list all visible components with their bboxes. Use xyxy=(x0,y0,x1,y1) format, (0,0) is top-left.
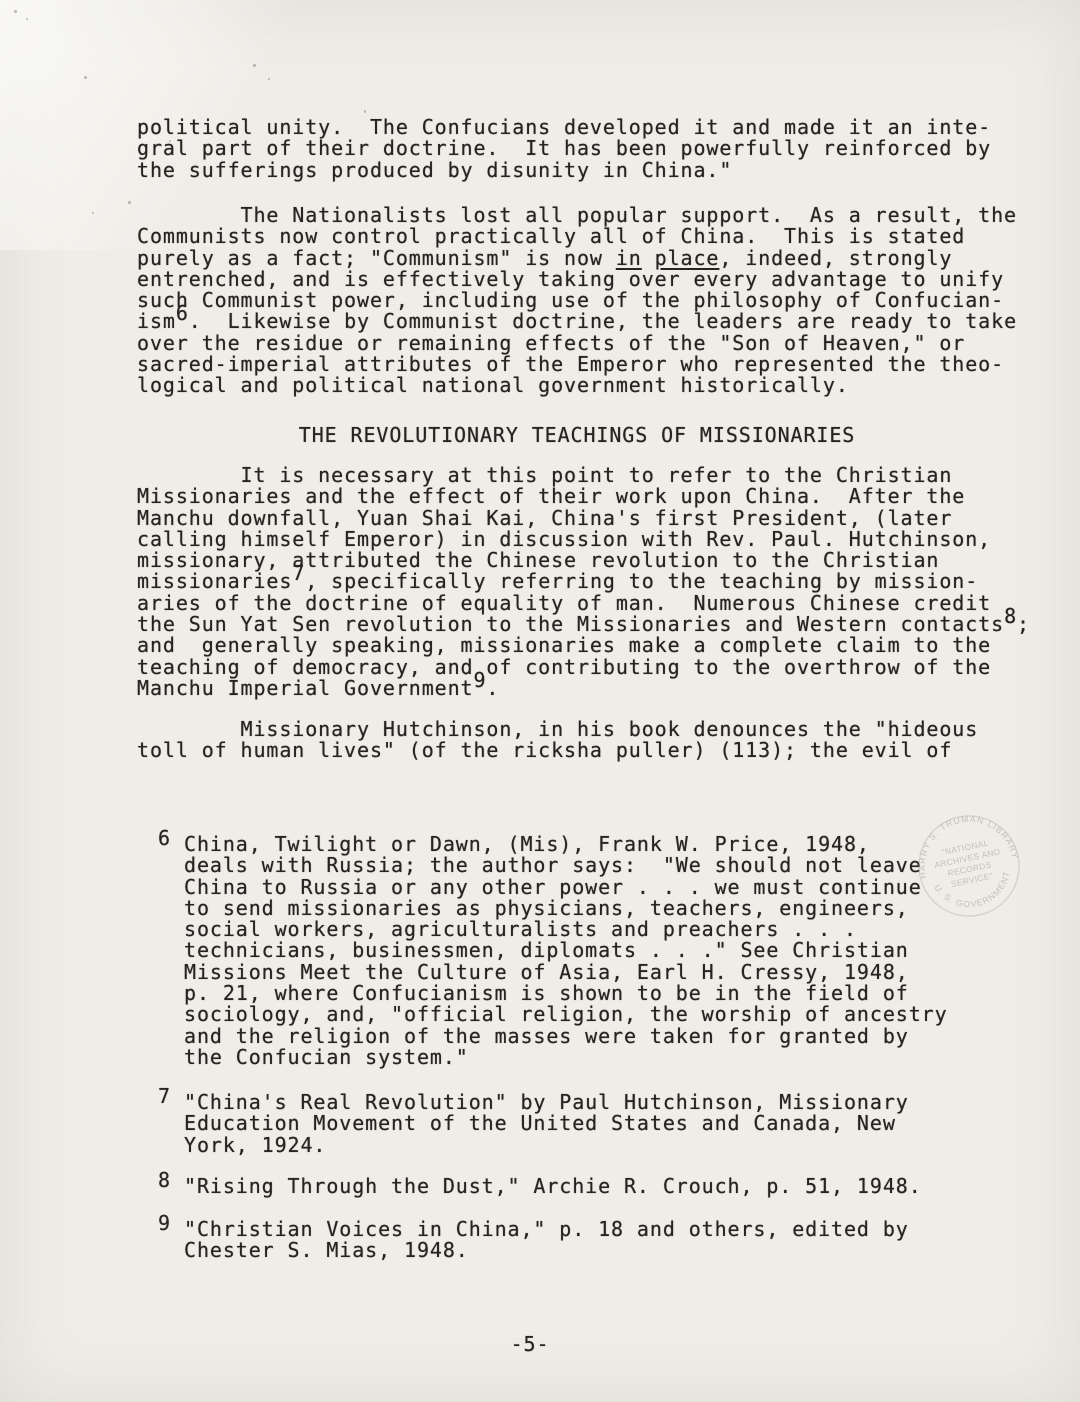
document-page: political unity. The Confucians develope… xyxy=(0,0,1080,1402)
paper-speck xyxy=(14,10,17,13)
footnote-number: 9 xyxy=(158,1213,171,1234)
paper-speck xyxy=(253,64,256,67)
paragraph-1: political unity. The Confucians develope… xyxy=(137,117,991,181)
footnote-7: 7 "China's Real Revolution" by Paul Hutc… xyxy=(137,1092,909,1156)
footnote-number: 7 xyxy=(158,1086,171,1107)
section-heading: THE REVOLUTIONARY TEACHINGS OF MISSIONAR… xyxy=(137,425,1017,446)
paper-speck xyxy=(268,78,270,80)
footnote-text: China, Twilight or Dawn, (Mis), Frank W.… xyxy=(184,834,948,1068)
footnote-text: "Christian Voices in China," p. 18 and o… xyxy=(184,1219,909,1262)
paragraph-4: Missionary Hutchinson, in his book denou… xyxy=(137,719,978,762)
archives-stamp: HARRY S. TRUMAN LIBRARY U. S. GOVERNMENT… xyxy=(899,796,1039,936)
footnote-number: 8 xyxy=(158,1170,171,1191)
paper-speck xyxy=(92,212,94,214)
footnote-9: 9 "Christian Voices in China," p. 18 and… xyxy=(137,1219,909,1262)
footnote-8: 8 "Rising Through the Dust," Archie R. C… xyxy=(137,1176,922,1197)
paper-speck xyxy=(128,201,131,204)
page-number: -5- xyxy=(0,1334,1060,1355)
paragraph-2: The Nationalists lost all popular suppor… xyxy=(137,205,1017,397)
footnote-6: 6 China, Twilight or Dawn, (Mis), Frank … xyxy=(137,834,948,1068)
footnote-text: "China's Real Revolution" by Paul Hutchi… xyxy=(184,1092,909,1156)
paper-speck xyxy=(364,110,366,113)
footnote-number: 6 xyxy=(158,828,171,849)
footnote-text: "Rising Through the Dust," Archie R. Cro… xyxy=(184,1176,922,1197)
paper-speck xyxy=(84,76,87,79)
paper-speck xyxy=(26,18,28,20)
paragraph-3: It is necessary at this point to refer t… xyxy=(137,465,1030,699)
